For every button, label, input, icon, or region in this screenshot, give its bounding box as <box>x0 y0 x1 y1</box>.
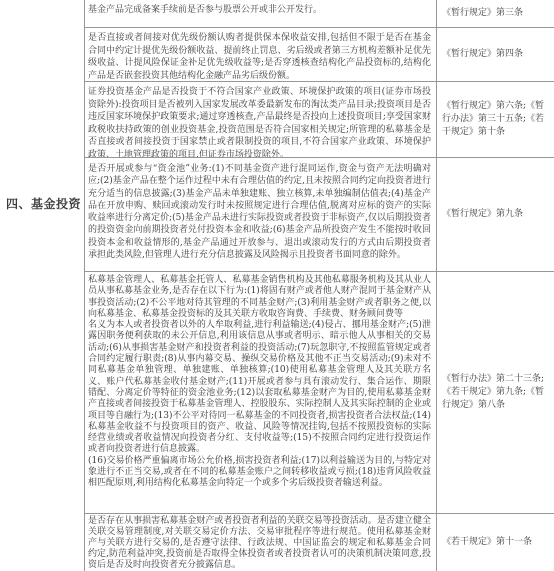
reference-cell: 《暂行规定》第九条 <box>437 158 554 271</box>
question-cell: 基金产品完成备案手续前是否参与股票公开或非公开发行。 <box>85 0 437 27</box>
question-cell: 是否开展或参与“资金池”业务:(1)不同基金资产进行混同运作,资金与资产无法明确… <box>85 158 437 271</box>
reference-text: 《暂行办法》第二十三条;《若干规定》第九条;《暂行规定》第八条 <box>442 373 553 412</box>
question-text: (16)交易价格严重偏离市场公允价格,损害投资者利益;(17)以利益输送为目的,… <box>88 456 431 490</box>
reference-cell: 《暂行规定》第四条 <box>437 28 554 81</box>
reference-cell: 《暂行规定》第六条;《暂行办法》第三十五条;《若干规定》第十条 <box>437 82 554 157</box>
table-row: 证券投资基金产品是否投资于不符合国家产业政策、环境保护政策的项目(证券市场投资除… <box>85 82 554 158</box>
reference-text: 《若干规定》第十一条 <box>442 536 553 549</box>
question-text: 是否开展或参与“资金池”业务:(1)不同基金资产进行混同运作,资金与资产无法明确… <box>88 163 431 261</box>
reference-text: 《暂行规定》第九条 <box>442 208 553 221</box>
question-cell: 私募基金管理人、私募基金托管人、私募基金销售机构及其他私募服务机构及其从业人员从… <box>85 272 437 513</box>
question-text: 证券投资基金产品是否投资于不符合国家产业政策、环境保护政策的项目(证券市场投资除… <box>88 86 431 157</box>
table-row: 基金产品完成备案手续前是否参与股票公开或非公开发行。 《暂行规定》第三条 <box>85 0 554 28</box>
question-text: 基金产品完成备案手续前是否参与股票公开或非公开发行。 <box>88 4 431 17</box>
compliance-checklist-page: 四、基金投资 基金产品完成备案手续前是否参与股票公开或非公开发行。 《暂行规定》… <box>0 0 554 571</box>
table-rows: 基金产品完成备案手续前是否参与股票公开或非公开发行。 《暂行规定》第三条 是否直… <box>85 0 554 571</box>
question-text: 私募基金管理人、私募基金托管人、私募基金销售机构及其他私募服务机构及其从业人员从… <box>88 275 431 320</box>
table-row: 是否直接或者间接对优先级份额认购者提供保本保收益安排,包括但不限于是否在基金合同… <box>85 28 554 82</box>
table-row: 是否存在从事损害私募基金财产或者投资者利益的关联交易等投资活动。是否建立健全关联… <box>85 514 554 571</box>
question-text: 名义为本人或者投资者以外的人牟取利益,进行利益输送;(4)侵占、挪用基金财产;(… <box>88 320 431 456</box>
table-row: 私募基金管理人、私募基金托管人、私募基金销售机构及其他私募服务机构及其从业人员从… <box>85 272 554 514</box>
reference-cell: 《若干规定》第十一条 <box>437 514 554 571</box>
compliance-table: 四、基金投资 基金产品完成备案手续前是否参与股票公开或非公开发行。 《暂行规定》… <box>0 0 554 571</box>
reference-cell: 《暂行规定》第三条 <box>437 0 554 27</box>
reference-cell: 《暂行办法》第二十三条;《若干规定》第九条;《暂行规定》第八条 <box>437 272 554 513</box>
question-cell: 是否存在从事损害私募基金财产或者投资者利益的关联交易等投资活动。是否建立健全关联… <box>85 514 437 571</box>
reference-text: 《暂行规定》第四条 <box>442 48 553 61</box>
question-text: 是否直接或者间接对优先级份额认购者提供保本保收益安排,包括但不限于是否在基金合同… <box>88 32 431 81</box>
question-cell: 证券投资基金产品是否投资于不符合国家产业政策、环境保护政策的项目(证券市场投资除… <box>85 82 437 157</box>
question-text: 是否存在从事损害私募基金财产或者投资者利益的关联交易等投资活动。是否建立健全关联… <box>88 516 431 571</box>
table-row: 是否开展或参与“资金池”业务:(1)不同基金资产进行混同运作,资金与资产无法明确… <box>85 158 554 272</box>
section-label-cell: 四、基金投资 <box>0 0 85 571</box>
question-cell: 是否直接或者间接对优先级份额认购者提供保本保收益安排,包括但不限于是否在基金合同… <box>85 28 437 81</box>
reference-text: 《暂行规定》第三条 <box>442 7 553 20</box>
section-label: 四、基金投资 <box>6 195 81 212</box>
reference-text: 《暂行规定》第六条;《暂行办法》第三十五条;《若干规定》第十条 <box>442 100 553 139</box>
